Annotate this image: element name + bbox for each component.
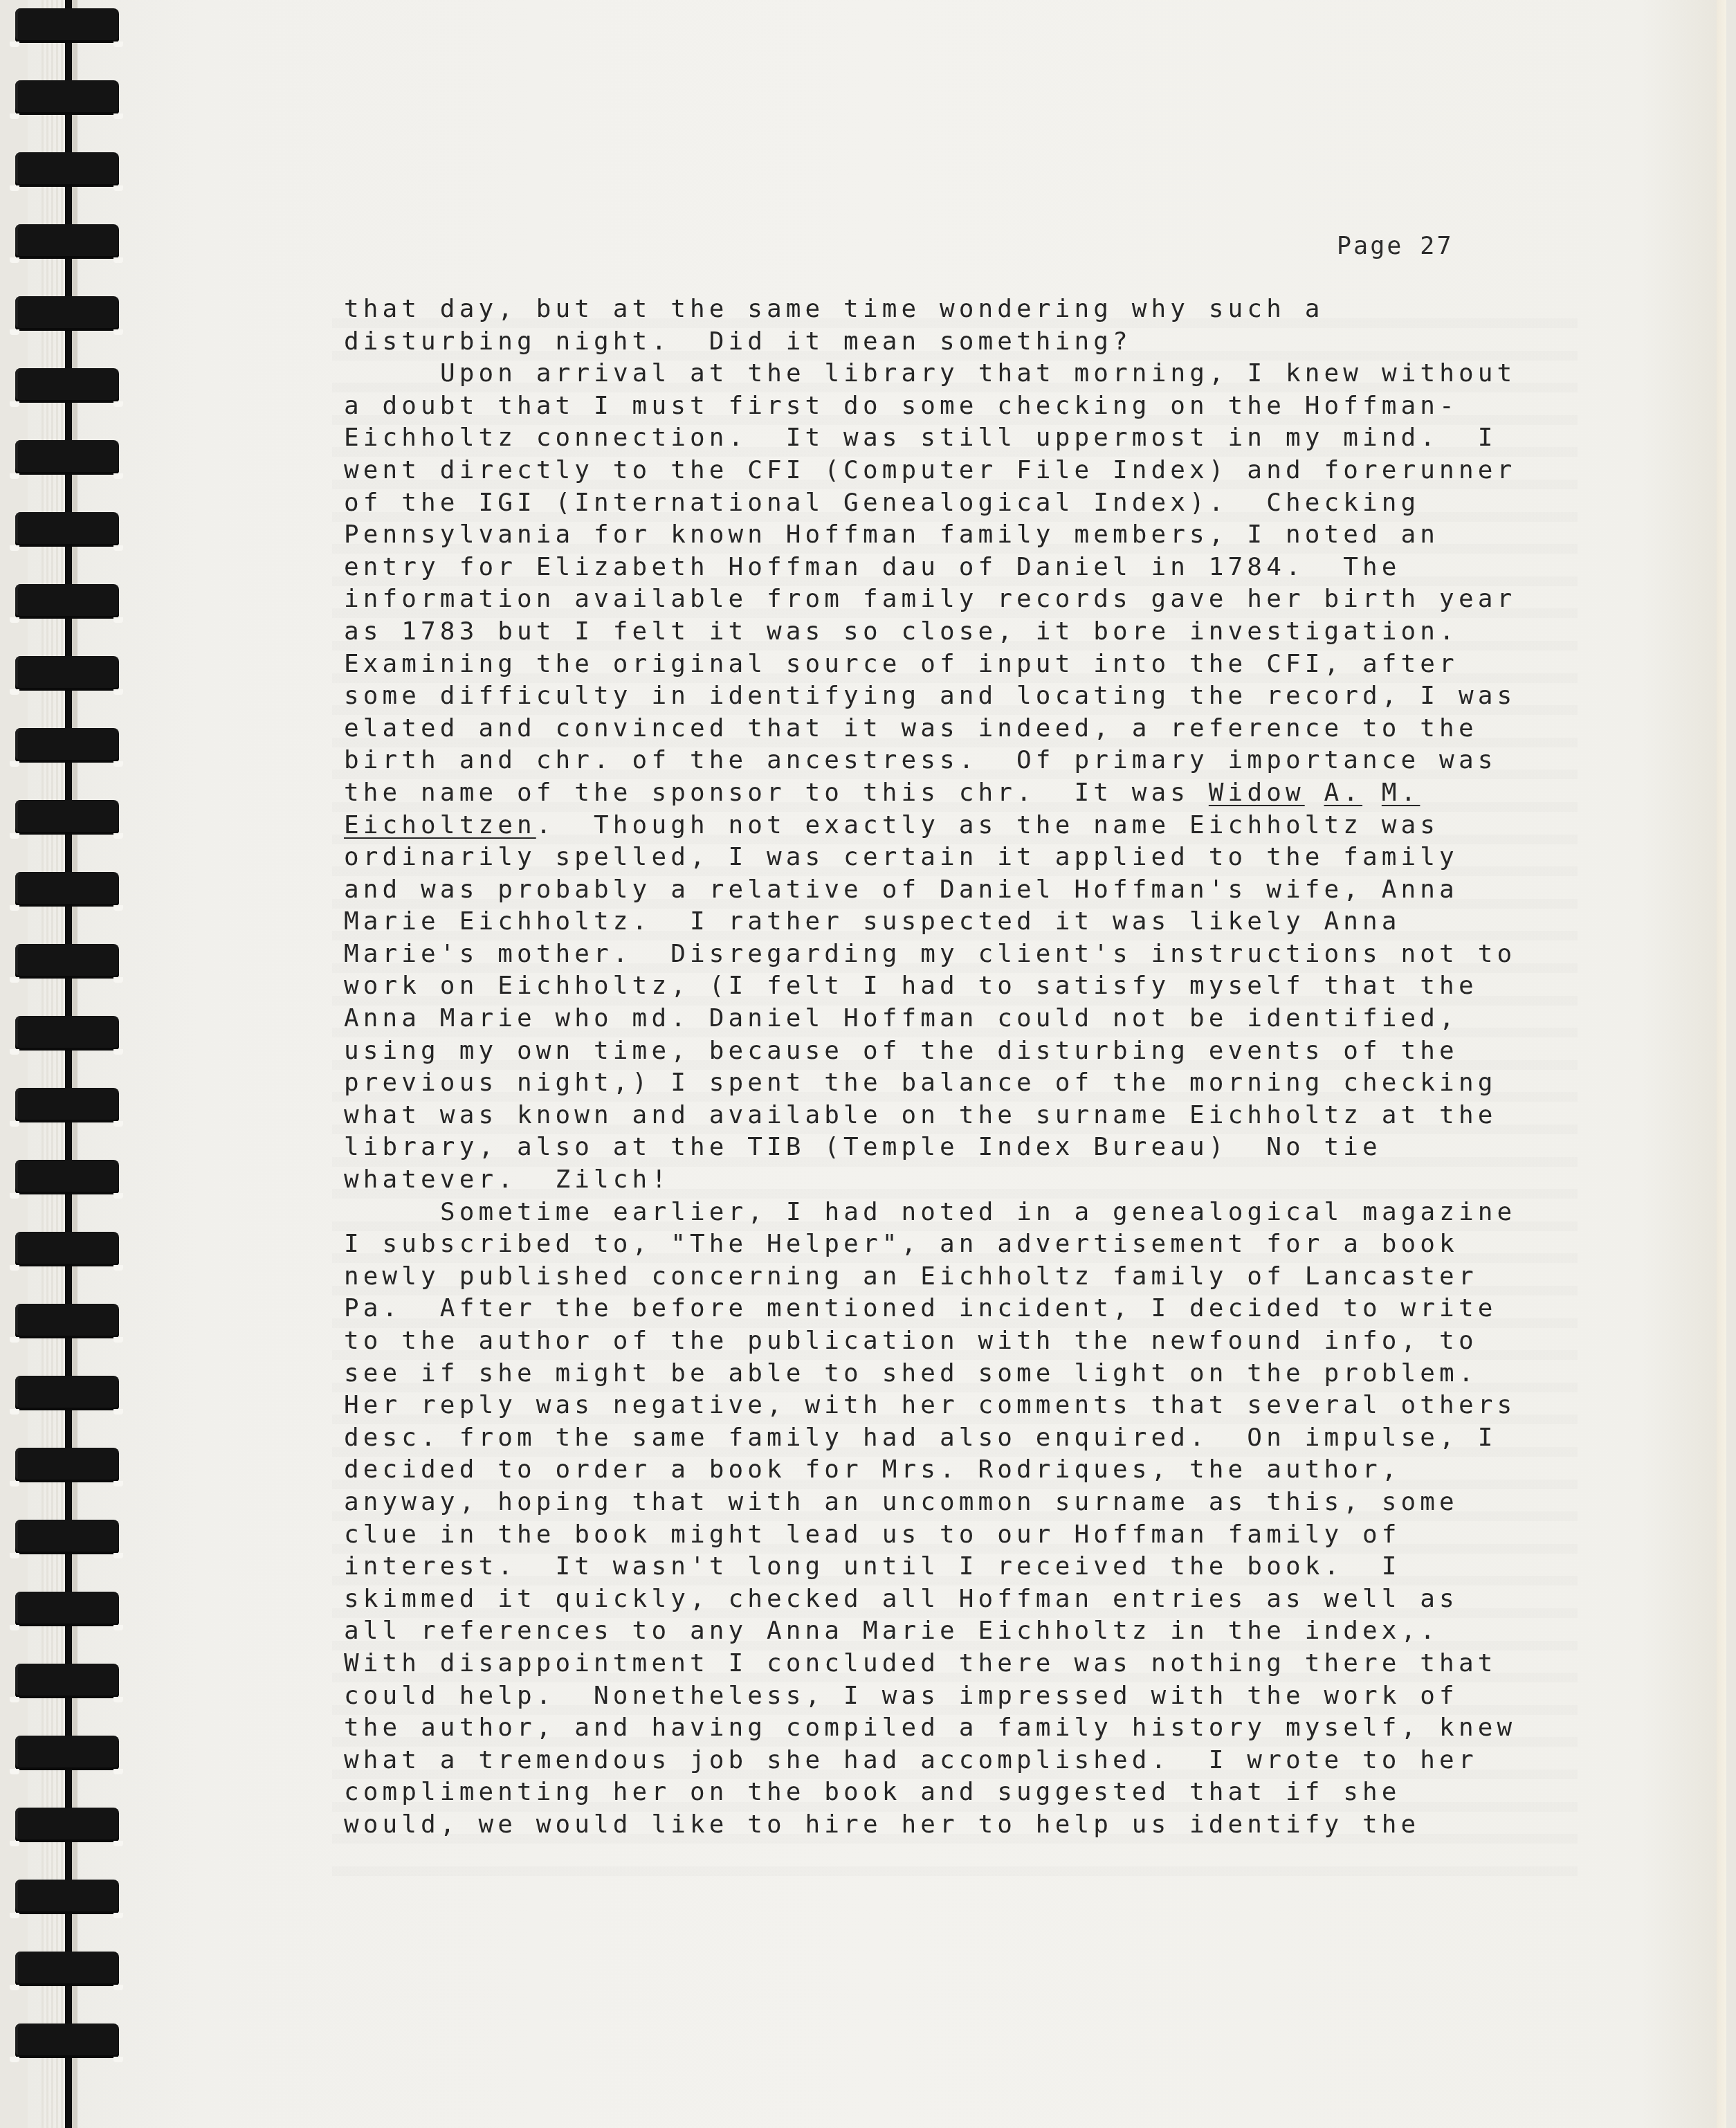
text-line: what a tremendous job she had accomplish… (344, 1745, 1589, 1777)
text-line: clue in the book might lead us to our Ho… (344, 1519, 1589, 1552)
binding-comb (15, 1376, 119, 1410)
text-line: what was known and available on the surn… (344, 1100, 1589, 1132)
binding-comb (15, 440, 119, 475)
binding-comb (15, 800, 119, 835)
text-line: previous night,) I spent the balance of … (344, 1067, 1589, 1100)
binding-comb (15, 1664, 119, 1698)
binding-comb (15, 1304, 119, 1338)
underlined-sponsor-name: Eicholtzen (344, 811, 536, 839)
text-line: and was probably a relative of Daniel Ho… (344, 874, 1589, 907)
text-line: some difficulty in identifying and locat… (344, 680, 1589, 713)
text-line: the name of the sponsor to this chr. It … (344, 777, 1589, 810)
text-line: see if she might be able to shed some li… (344, 1358, 1589, 1390)
text-line: would, we would like to hire her to help… (344, 1809, 1589, 1841)
text-line: decided to order a book for Mrs. Rodriqu… (344, 1454, 1589, 1486)
text-line: Pa. After the before mentioned incident,… (344, 1293, 1589, 1325)
text-line: Eichholtz connection. It was still upper… (344, 422, 1589, 455)
text-line: With disappointment I concluded there wa… (344, 1648, 1589, 1680)
binding-comb (15, 656, 119, 691)
text-line: elated and convinced that it was indeed,… (344, 713, 1589, 745)
underlined-sponsor-name: Widow (1209, 779, 1305, 807)
body-text: that day, but at the same time wondering… (344, 293, 1589, 1841)
text-line: desc. from the same family had also enqu… (344, 1422, 1589, 1455)
binding-comb (15, 512, 119, 547)
binding-comb (15, 584, 119, 619)
page-number: Page 27 (1337, 233, 1454, 260)
binding-comb (15, 1232, 119, 1266)
text-line: went directly to the CFI (Computer File … (344, 455, 1589, 487)
text-line: whatever. Zilch! (344, 1164, 1589, 1197)
text-line: using my own time, because of the distur… (344, 1035, 1589, 1068)
text-line: complimenting her on the book and sugges… (344, 1776, 1589, 1809)
text-line: Marie Eichholtz. I rather suspected it w… (344, 906, 1589, 938)
text-line: newly published concerning an Eichholtz … (344, 1261, 1589, 1293)
binding-comb (15, 944, 119, 979)
binding-comb (15, 80, 119, 115)
binding-comb (15, 1448, 119, 1482)
binding-comb (15, 1592, 119, 1626)
text-line: information available from family record… (344, 583, 1589, 616)
text-line: anyway, hoping that with an uncommon sur… (344, 1486, 1589, 1519)
text-line: a doubt that I must first do some checki… (344, 390, 1589, 423)
underlined-sponsor-name: M. (1382, 779, 1420, 807)
page-edge (1717, 0, 1726, 2128)
binding-comb (15, 296, 119, 331)
underlined-sponsor-name: A. (1324, 779, 1362, 807)
text-line: Sometime earlier, I had noted in a genea… (344, 1197, 1589, 1229)
text-line: entry for Elizabeth Hoffman dau of Danie… (344, 552, 1589, 584)
text-line: Eicholtzen. Though not exactly as the na… (344, 810, 1589, 842)
text-line: as 1783 but I felt it was so close, it b… (344, 616, 1589, 648)
binding-comb (15, 1160, 119, 1194)
binding-comb (15, 1952, 119, 1986)
text-line: could help. Nonetheless, I was impressed… (344, 1680, 1589, 1713)
text-line: work on Eichholtz, (I felt I had to sati… (344, 970, 1589, 1003)
binding-comb (15, 152, 119, 187)
text-line: I subscribed to, "The Helper", an advert… (344, 1228, 1589, 1261)
text-line: ordinarily spelled, I was certain it app… (344, 842, 1589, 874)
binding-comb (15, 1880, 119, 1914)
binding-comb (15, 2024, 119, 2058)
text-line: birth and chr. of the ancestress. Of pri… (344, 745, 1589, 777)
text-line: of the IGI (International Genealogical I… (344, 487, 1589, 520)
binding-comb (15, 872, 119, 907)
text-line: interest. It wasn't long until I receive… (344, 1551, 1589, 1583)
binding-comb (15, 1016, 119, 1051)
text-line: disturbing night. Did it mean something? (344, 326, 1589, 358)
binding-comb (15, 8, 119, 43)
text-line: the author, and having compiled a family… (344, 1712, 1589, 1745)
binding-comb (15, 1808, 119, 1842)
binding-comb (15, 1520, 119, 1554)
text-line: library, also at the TIB (Temple Index B… (344, 1131, 1589, 1164)
text-line: Her reply was negative, with her comment… (344, 1390, 1589, 1422)
text-line: all references to any Anna Marie Eichhol… (344, 1615, 1589, 1648)
text-line: Marie's mother. Disregarding my client's… (344, 938, 1589, 971)
text-line: Examining the original source of input i… (344, 648, 1589, 681)
text-line: skimmed it quickly, checked all Hoffman … (344, 1583, 1589, 1616)
binding-comb (15, 1088, 119, 1122)
binding-comb (15, 728, 119, 763)
text-line: to the author of the publication with th… (344, 1325, 1589, 1358)
text-line: Upon arrival at the library that morning… (344, 358, 1589, 390)
text-line: Pennsylvania for known Hoffman family me… (344, 519, 1589, 552)
text-line: that day, but at the same time wondering… (344, 293, 1589, 326)
binding-comb (15, 224, 119, 259)
binding-comb (15, 1736, 119, 1770)
binding-comb (15, 368, 119, 403)
text-line: Anna Marie who md. Daniel Hoffman could … (344, 1003, 1589, 1035)
